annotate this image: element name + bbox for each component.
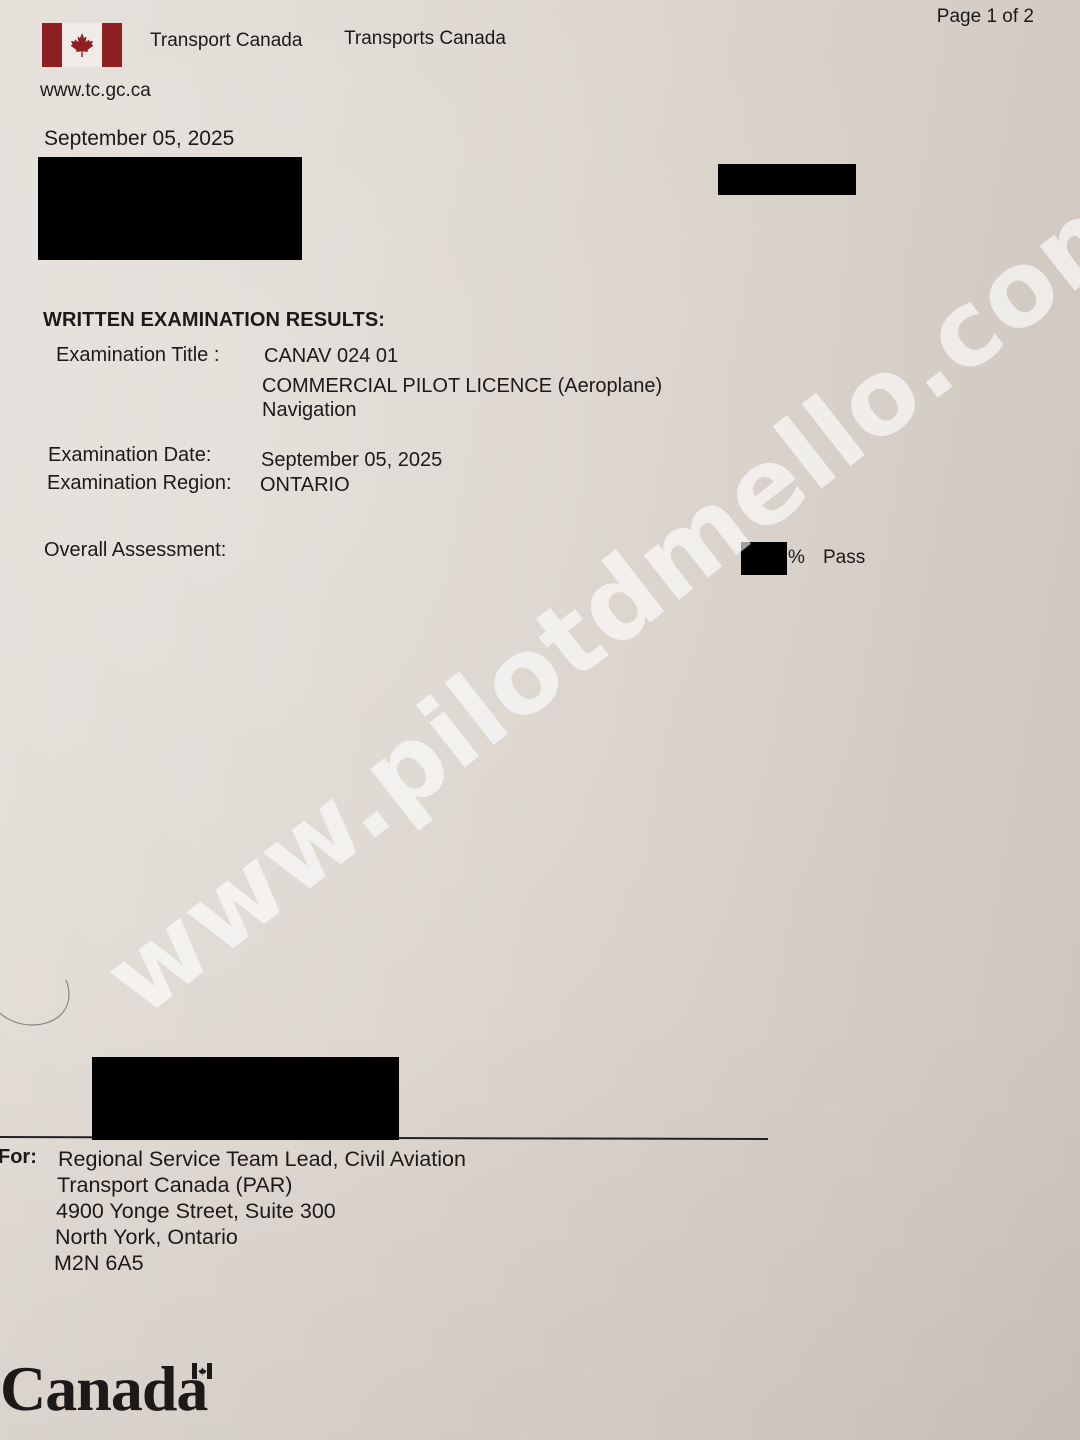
- address-line: M2N 6A5: [54, 1250, 466, 1276]
- exam-title-subject: Navigation: [262, 399, 357, 422]
- maple-leaf-icon: [69, 32, 95, 58]
- department-name-fr: Transports Canada: [344, 28, 506, 50]
- section-heading: WRITTEN EXAMINATION RESULTS:: [43, 309, 385, 332]
- overall-assessment-label: Overall Assessment:: [44, 539, 226, 562]
- exam-date-value: September 05, 2025: [261, 449, 442, 472]
- flag-red-band-right: [102, 23, 122, 67]
- letter-date: September 05, 2025: [44, 127, 234, 151]
- exam-date-label: Examination Date:: [48, 444, 211, 467]
- flag-red-band-left: [42, 23, 62, 67]
- redacted-reference-number: [718, 164, 856, 195]
- canada-wordmark: Canada: [0, 1352, 207, 1426]
- flag-white-center: [62, 23, 102, 67]
- wordmark-flag-icon: [192, 1363, 212, 1379]
- address-line: Regional Service Team Lead, Civil Aviati…: [58, 1146, 466, 1172]
- department-name-en: Transport Canada: [150, 30, 302, 52]
- paper-punch-mark: [0, 975, 80, 1030]
- exam-region-value: ONTARIO: [260, 474, 350, 497]
- exam-region-label: Examination Region:: [47, 472, 232, 495]
- redacted-recipient-address: [38, 157, 302, 260]
- exam-title-code: CANAV 024 01: [264, 345, 398, 368]
- canada-flag-icon: [42, 23, 122, 67]
- assessment-result: Pass: [823, 547, 865, 569]
- address-line: 4900 Yonge Street, Suite 300: [56, 1198, 466, 1224]
- website-url: www.tc.gc.ca: [40, 80, 151, 102]
- redacted-signature: [92, 1057, 399, 1140]
- address-line: North York, Ontario: [55, 1224, 466, 1250]
- page-indicator: Page 1 of 2: [937, 6, 1034, 28]
- address-line: Transport Canada (PAR): [57, 1172, 466, 1198]
- exam-title-label: Examination Title :: [56, 344, 219, 367]
- watermark: www.pilotdmello.com: [82, 152, 1080, 1039]
- percent-symbol: %: [788, 547, 805, 569]
- for-label: For:: [0, 1146, 37, 1169]
- signatory-address: Regional Service Team Lead, Civil Aviati…: [56, 1146, 466, 1276]
- exam-title-name: COMMERCIAL PILOT LICENCE (Aeroplane): [262, 375, 662, 398]
